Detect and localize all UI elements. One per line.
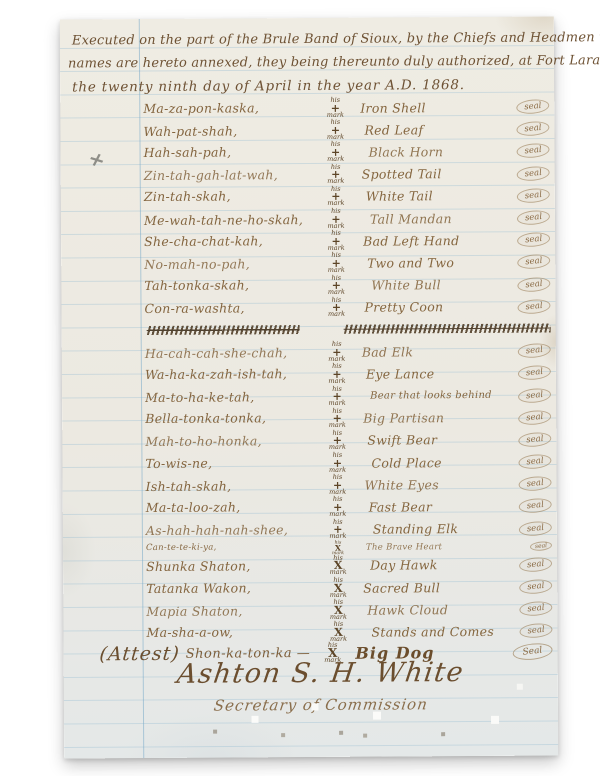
native-name: Zin-tah-gah-lat-wah, — [144, 167, 316, 183]
seal-stamp: Seal — [512, 641, 553, 661]
signer-list: Ma-za-pon-kaska,his+markIron ShellsealWa… — [143, 96, 552, 645]
english-name: Big Partisan — [363, 410, 518, 426]
english-name: Spotted Tail — [362, 166, 517, 182]
signer-row: Wa-ha-ka-zah-ish-tah,his+markEye Lancese… — [145, 362, 551, 387]
signer-row: Mapia Shaton,hisXmarkHawk Cloudseal — [146, 598, 552, 623]
photo-background: + Executed on the part of the Brule Band… — [0, 0, 600, 776]
his-mark: his+mark — [318, 519, 358, 539]
english-name: Two and Two — [367, 255, 517, 271]
native-name: Mapia Shaton, — [146, 603, 318, 619]
signer-row: Tatanka Wakon,hisXmarkSacred Bullseal — [146, 575, 552, 600]
seal-stamp: seal — [516, 165, 550, 182]
signer-row: To-wis-ne,his+markCold Placeseal — [145, 451, 551, 476]
signer-row: Ish-tah-skah,his+markWhite Eyesseal — [146, 473, 552, 498]
seal-stamp: seal — [518, 520, 552, 537]
english-name: White Eyes — [365, 477, 519, 493]
native-name: Mah-to-ho-honka, — [145, 433, 317, 449]
native-name: No-mah-no-pah, — [144, 256, 316, 272]
native-name: Con-ra-washta, — [144, 300, 316, 316]
signer-row: Zin-tah-skah,his+markWhite Tailseal — [144, 184, 550, 209]
seal-stamp: seal — [517, 409, 551, 426]
english-name: Stands and Comes — [371, 624, 519, 640]
signer-row: She-cha-chat-kah,his+markBad Left Handse… — [144, 229, 550, 254]
scribbled-native-name — [147, 326, 300, 336]
mark-word-mark: mark — [327, 157, 344, 163]
his-mark: his+mark — [316, 187, 356, 207]
native-name: Me-wah-tah-ne-ho-skah, — [144, 211, 316, 227]
his-mark: his+mark — [316, 253, 356, 273]
signer-row: Ma-to-ha-ke-tah,his+markBear that looks … — [145, 384, 551, 409]
secretary-title: Secretary of Commission — [173, 695, 469, 715]
seal-stamp: seal — [516, 98, 550, 115]
signer-row: Bella-tonka-tonka,his+markBig Partisanse… — [145, 406, 551, 431]
seal-stamp: seal — [518, 498, 552, 515]
seal-stamp: seal — [517, 298, 551, 315]
native-name: Ma-za-pon-kaska, — [143, 100, 315, 116]
native-name: Ma-ta-loo-zah, — [146, 499, 318, 515]
signer-row: Me-wah-tah-ne-ho-skah,his+markTall Manda… — [144, 206, 550, 231]
his-mark: his+mark — [318, 475, 358, 495]
english-name: Pretty Coon — [364, 299, 517, 315]
native-name: Hah-sah-pah, — [144, 144, 316, 160]
his-mark: his+mark — [317, 408, 357, 428]
seal-stamp: seal — [518, 431, 552, 448]
struck-out-row — [145, 317, 551, 342]
english-name: White Tail — [366, 188, 517, 204]
his-mark: hisXmark — [318, 600, 358, 620]
native-name: Ma-to-ha-ke-tah, — [145, 389, 317, 405]
native-name: Tatanka Wakon, — [146, 579, 318, 595]
signer-row: Wah-pat-shah,his+markRed Leafseal — [143, 118, 549, 143]
his-mark: his+mark — [316, 164, 356, 184]
mark-word-mark: mark — [328, 379, 345, 385]
pin-holes — [60, 20, 62, 22]
english-name: Black Horn — [369, 144, 517, 160]
his-mark: his+mark — [317, 453, 357, 473]
seal-stamp: seal — [516, 143, 550, 160]
signer-row: Tah-tonka-skah,his+markWhite Bullseal — [144, 273, 550, 298]
mark-word-mark: mark — [329, 423, 346, 429]
seal-stamp: seal — [516, 120, 550, 137]
seal-stamp: seal — [516, 187, 550, 204]
his-mark: his+mark — [315, 120, 355, 140]
english-name: Bad Elk — [362, 343, 518, 359]
seal-stamp: seal — [517, 342, 551, 359]
execution-clause: Executed on the part of the Brule Band o… — [72, 27, 550, 100]
seal-stamp: seal — [517, 387, 551, 404]
signer-row: As-hah-hah-nah-shee,his+markStanding Elk… — [146, 517, 552, 542]
signer-row: Hah-sah-pah,his+markBlack Hornseal — [143, 140, 549, 165]
signer-row: Ma-ta-loo-zah,his+markFast Bearseal — [146, 495, 552, 520]
english-name: Red Leaf — [364, 122, 516, 138]
seal-stamp: seal — [516, 254, 550, 271]
mark-word-mark: mark — [328, 268, 345, 274]
english-name: Tall Mandan — [370, 210, 517, 226]
clause-line-2: names are hereto annexed, they being the… — [68, 50, 550, 76]
signer-row: Ha-cah-cah-she-chah,his+markBad Elkseal — [145, 340, 551, 365]
his-mark: his+mark — [316, 275, 356, 295]
english-name: White Bull — [371, 277, 517, 293]
native-name: Wah-pat-shah, — [143, 123, 315, 139]
his-mark: hisXmark — [318, 578, 358, 598]
native-name: Tah-tonka-skah, — [144, 277, 316, 293]
his-mark: his+mark — [318, 497, 358, 517]
native-name: As-hah-hah-nah-shee, — [146, 522, 318, 538]
seal-stamp: seal — [516, 231, 550, 248]
english-name: Swift Bear — [367, 432, 518, 448]
mark-word-mark: mark — [329, 401, 346, 407]
seal-stamp: seal — [517, 276, 551, 293]
his-mark: hisXmark — [324, 540, 352, 554]
scribbled-entry — [343, 324, 550, 334]
native-name: Ha-cah-cah-she-chah, — [145, 345, 317, 361]
english-name: Fast Bear — [369, 499, 519, 515]
his-mark: his+mark — [317, 431, 357, 451]
seal-stamp: seal — [516, 209, 550, 226]
document-page: + Executed on the part of the Brule Band… — [60, 16, 559, 758]
signer-row: Ma-za-pon-kaska,his+markIron Shellseal — [143, 96, 549, 121]
mark-word-mark: mark — [329, 512, 346, 518]
seal-stamp: seal — [518, 453, 552, 470]
native-name: She-cha-chat-kah, — [144, 233, 316, 249]
english-name: Bear that looks behind — [370, 390, 518, 402]
signer-row: Con-ra-washta,his+markPretty Coonseal — [144, 295, 550, 320]
native-name: Can-te-te-ki-ya, — [146, 542, 318, 553]
seal-stamp: seal — [519, 623, 553, 640]
his-mark: his+mark — [316, 231, 356, 251]
signer-row: Zin-tah-gah-lat-wah,his+markSpotted Tail… — [144, 162, 550, 187]
native-name: To-wis-ne, — [145, 455, 317, 471]
seal-stamp: seal — [517, 364, 551, 381]
native-name: Wa-ha-ka-zah-ish-tah, — [145, 366, 317, 382]
seal-stamp: seal — [518, 556, 552, 573]
english-name: The Brave Heart — [366, 541, 530, 552]
english-name: Day Hawk — [370, 557, 519, 573]
signer-row: Mah-to-ho-honka,his+markSwift Bearseal — [145, 428, 551, 453]
native-name: Ish-tah-skah, — [146, 478, 318, 494]
his-mark: his+mark — [317, 386, 357, 406]
secretary-signature: Ashton S. H. White — [152, 657, 490, 690]
seal-stamp: seal — [518, 578, 552, 595]
english-name: Iron Shell — [360, 99, 516, 115]
native-name: Ma-sha-a-ow, — [146, 624, 318, 640]
seal-stamp: seal — [529, 541, 552, 552]
his-mark: his+mark — [317, 364, 357, 384]
signer-row: No-mah-no-pah,his+markTwo and Twoseal — [144, 251, 550, 276]
his-mark: his+mark — [316, 142, 356, 162]
english-name: Standing Elk — [373, 521, 519, 537]
his-mark: his+mark — [316, 297, 356, 317]
english-name: Sacred Bull — [363, 579, 519, 595]
mark-word-mark: mark — [328, 290, 345, 296]
native-name: Zin-tah-skah, — [144, 188, 316, 204]
native-name: Shunka Shaton, — [146, 558, 318, 574]
seal-stamp: seal — [518, 475, 552, 492]
seal-stamp: seal — [519, 600, 553, 617]
english-name: Cold Place — [371, 454, 518, 470]
signer-row: Shunka Shaton,hisXmarkDay Hawkseal — [146, 553, 552, 578]
mark-word-mark: mark — [328, 312, 345, 318]
english-name: Eye Lance — [366, 366, 518, 382]
mark-word-mark: mark — [327, 179, 344, 185]
english-name: Hawk Cloud — [367, 601, 519, 617]
his-mark: his+mark — [316, 209, 356, 229]
his-mark: his+mark — [315, 98, 355, 118]
clause-line-1: Executed on the part of the Brule Band o… — [72, 27, 550, 53]
his-mark: his+mark — [317, 342, 357, 362]
english-name: Bad Left Hand — [363, 232, 517, 248]
his-mark: hisXmark — [318, 556, 358, 576]
native-name: Bella-tonka-tonka, — [145, 410, 317, 426]
